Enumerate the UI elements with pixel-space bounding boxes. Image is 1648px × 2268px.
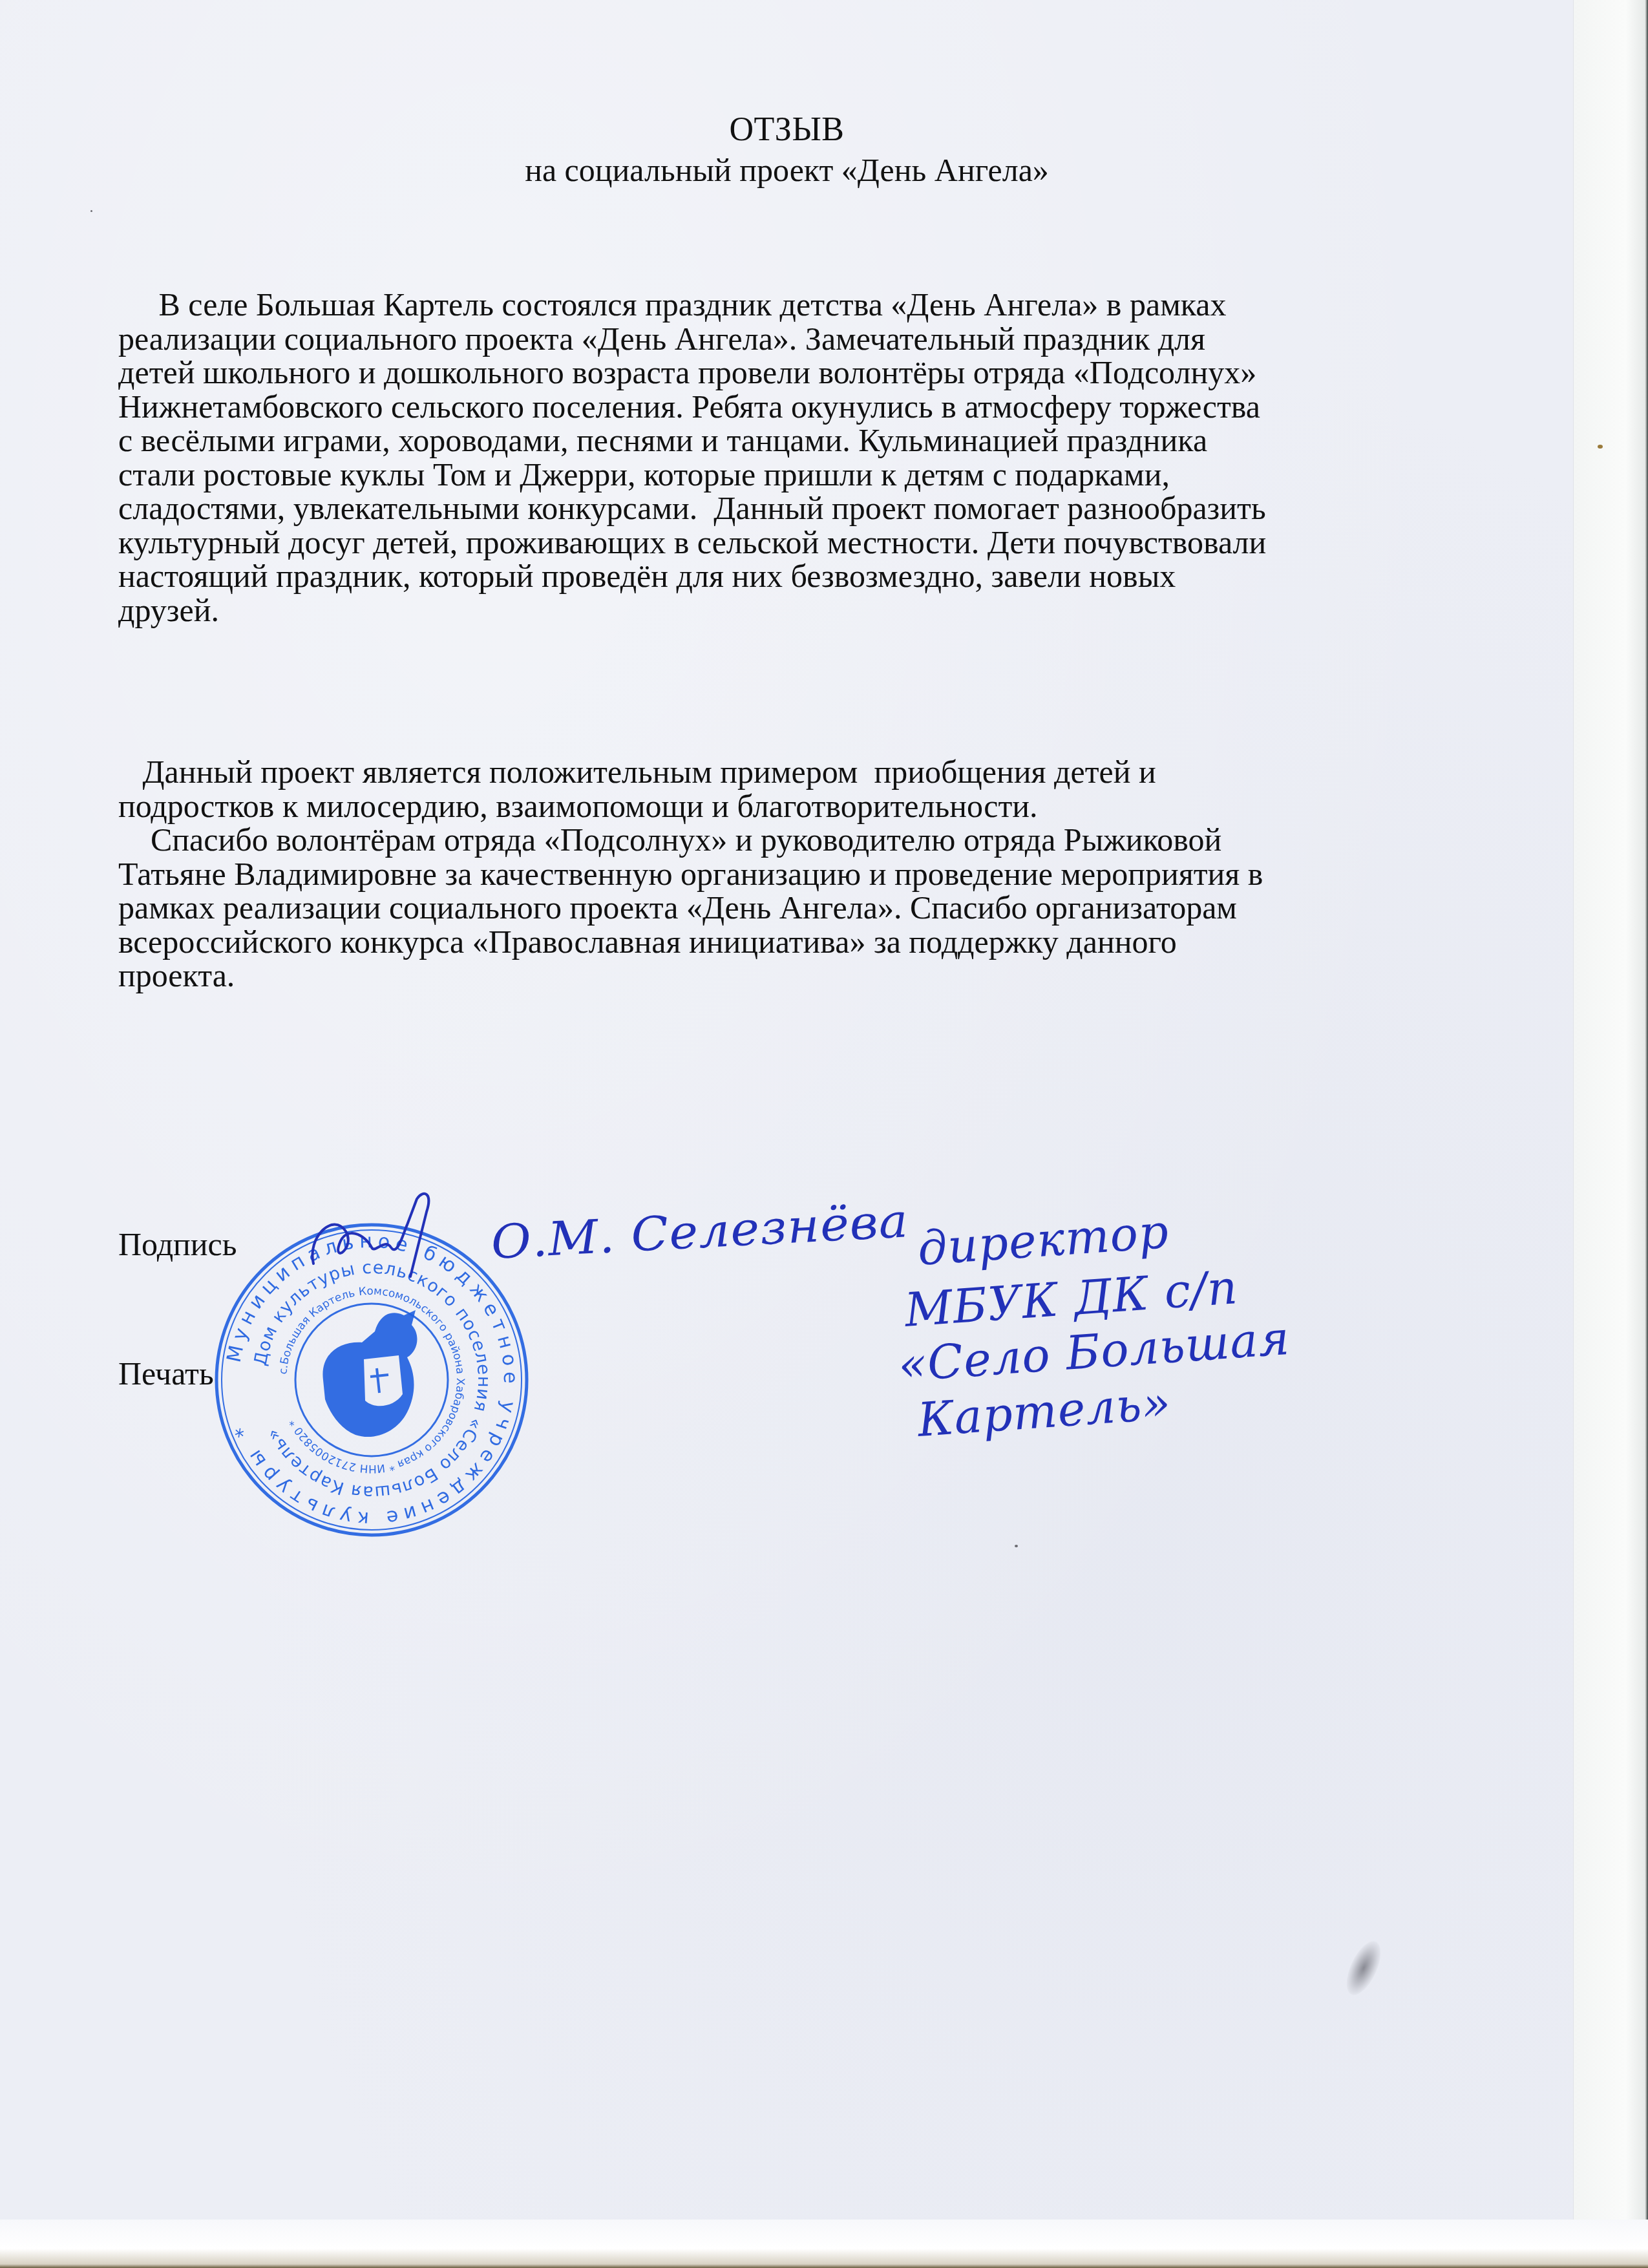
scan-speck xyxy=(90,210,92,212)
scan-speck xyxy=(1015,1545,1018,1547)
paragraph-text: В селе Большая Картель состоялся праздни… xyxy=(118,288,1508,627)
scan-speck xyxy=(1598,445,1603,449)
body-paragraph-2: Данный проект является положительным при… xyxy=(118,755,1508,993)
scan-right-edge xyxy=(1573,0,1648,2268)
body-paragraph-1: В селе Большая Картель состоялся праздни… xyxy=(118,288,1508,627)
document-header: ОТЗЫВ на социальный проект «День Ангела» xyxy=(0,110,1574,190)
signature-scribble xyxy=(294,1186,469,1296)
document-title: ОТЗЫВ xyxy=(0,110,1574,150)
document-subtitle: на социальный проект «День Ангела» xyxy=(0,150,1574,190)
paragraph-text: Данный проект является положительным при… xyxy=(118,755,1508,993)
seal-label: Печать xyxy=(118,1354,214,1393)
scan-bottom-edge xyxy=(0,2220,1648,2268)
bear-emblem-icon xyxy=(322,1310,417,1437)
